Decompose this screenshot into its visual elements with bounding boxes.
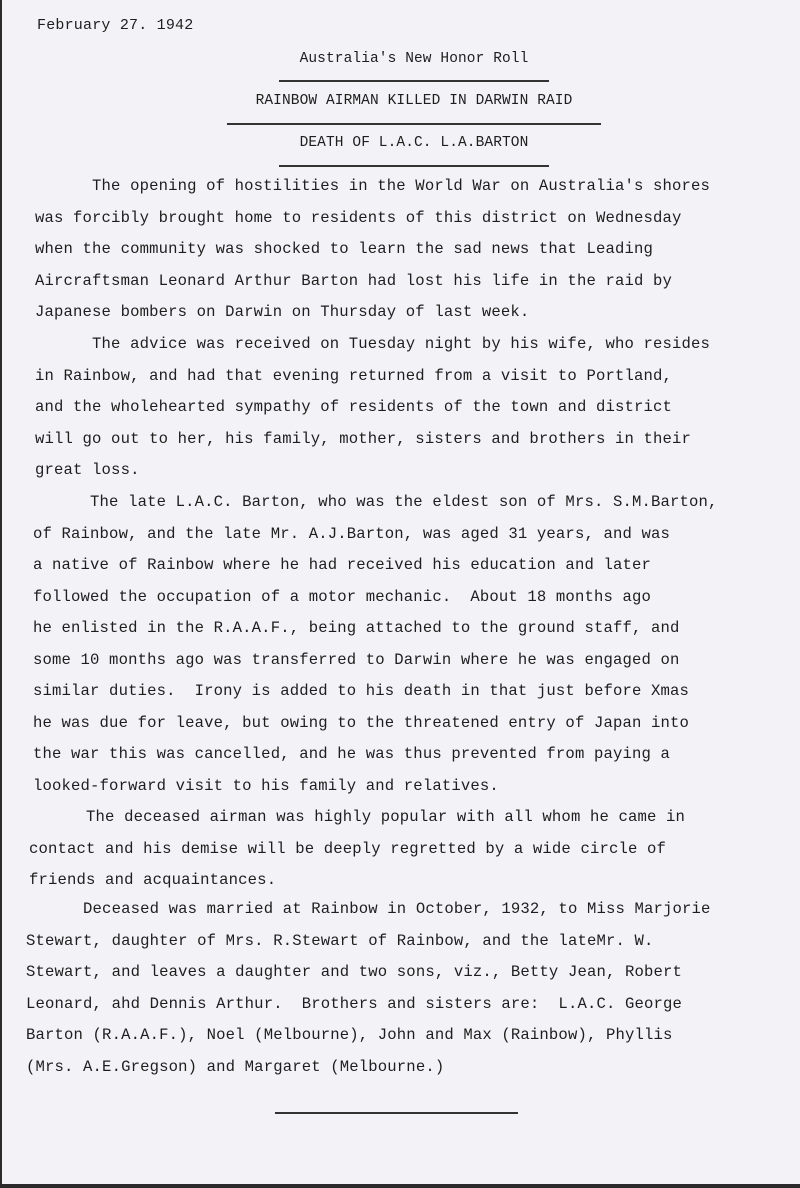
paragraph-4: The deceased airman was highly popular w… <box>29 802 769 897</box>
paragraph-line: of Rainbow, and the late Mr. A.J.Barton,… <box>33 519 773 551</box>
paragraph-line: Leonard, ahd Dennis Arthur. Brothers and… <box>26 989 766 1021</box>
document-page: February 27. 1942 Australia's New Honor … <box>2 0 800 1184</box>
paragraph-line: was forcibly brought home to residents o… <box>35 203 775 235</box>
paragraph-2: The advice was received on Tuesday night… <box>35 329 775 487</box>
paragraph-line: followed the occupation of a motor mecha… <box>33 582 773 614</box>
paragraph-1: The opening of hostilities in the World … <box>35 171 775 329</box>
paragraph-line: The opening of hostilities in the World … <box>35 171 775 203</box>
paragraph-line: when the community was shocked to learn … <box>35 234 775 266</box>
paragraph-line: The advice was received on Tuesday night… <box>35 329 775 361</box>
heading-underline <box>279 165 549 167</box>
paragraph-3: The late L.A.C. Barton, who was the elde… <box>33 487 773 802</box>
paragraph-line: in Rainbow, and had that evening returne… <box>35 361 775 393</box>
paragraph-line: Stewart, daughter of Mrs. R.Stewart of R… <box>26 926 766 958</box>
paragraph-line: friends and acquaintances. <box>29 865 769 897</box>
paragraph-line: Aircraftsman Leonard Arthur Barton had l… <box>35 266 775 298</box>
heading-headline: RAINBOW AIRMAN KILLED IN DARWIN RAID <box>14 93 800 109</box>
paragraph-line: and the wholehearted sympathy of residen… <box>35 392 775 424</box>
paragraph-line: a native of Rainbow where he had receive… <box>33 550 773 582</box>
heading-subheadline: DEATH OF L.A.C. L.A.BARTON <box>14 135 800 151</box>
paragraph-line: contact and his demise will be deeply re… <box>29 834 769 866</box>
paragraph-line: some 10 months ago was transferred to Da… <box>33 645 773 677</box>
heading-honor-roll: Australia's New Honor Roll <box>14 51 800 67</box>
paragraph-line: the war this was cancelled, and he was t… <box>33 739 773 771</box>
paragraph-line: Stewart, and leaves a daughter and two s… <box>26 957 766 989</box>
paragraph-line: Japanese bombers on Darwin on Thursday o… <box>35 297 775 329</box>
paragraph-line: The late L.A.C. Barton, who was the elde… <box>33 487 773 519</box>
paragraph-line: The deceased airman was highly popular w… <box>29 802 769 834</box>
paragraph-line: similar duties. Irony is added to his de… <box>33 676 773 708</box>
paragraph-line: Deceased was married at Rainbow in Octob… <box>26 894 766 926</box>
paragraph-line: he enlisted in the R.A.A.F., being attac… <box>33 613 773 645</box>
paragraph-line: looked-forward visit to his family and r… <box>33 771 773 803</box>
paragraph-5: Deceased was married at Rainbow in Octob… <box>26 894 766 1083</box>
heading-underline <box>279 80 549 82</box>
article-date: February 27. 1942 <box>37 17 193 34</box>
paragraph-line: great loss. <box>35 455 775 487</box>
paragraph-line: will go out to her, his family, mother, … <box>35 424 775 456</box>
end-rule <box>275 1112 518 1114</box>
paragraph-line: he was due for leave, but owing to the t… <box>33 708 773 740</box>
paragraph-line: (Mrs. A.E.Gregson) and Margaret (Melbour… <box>26 1052 766 1084</box>
heading-underline <box>227 123 601 125</box>
paragraph-line: Barton (R.A.A.F.), Noel (Melbourne), Joh… <box>26 1020 766 1052</box>
